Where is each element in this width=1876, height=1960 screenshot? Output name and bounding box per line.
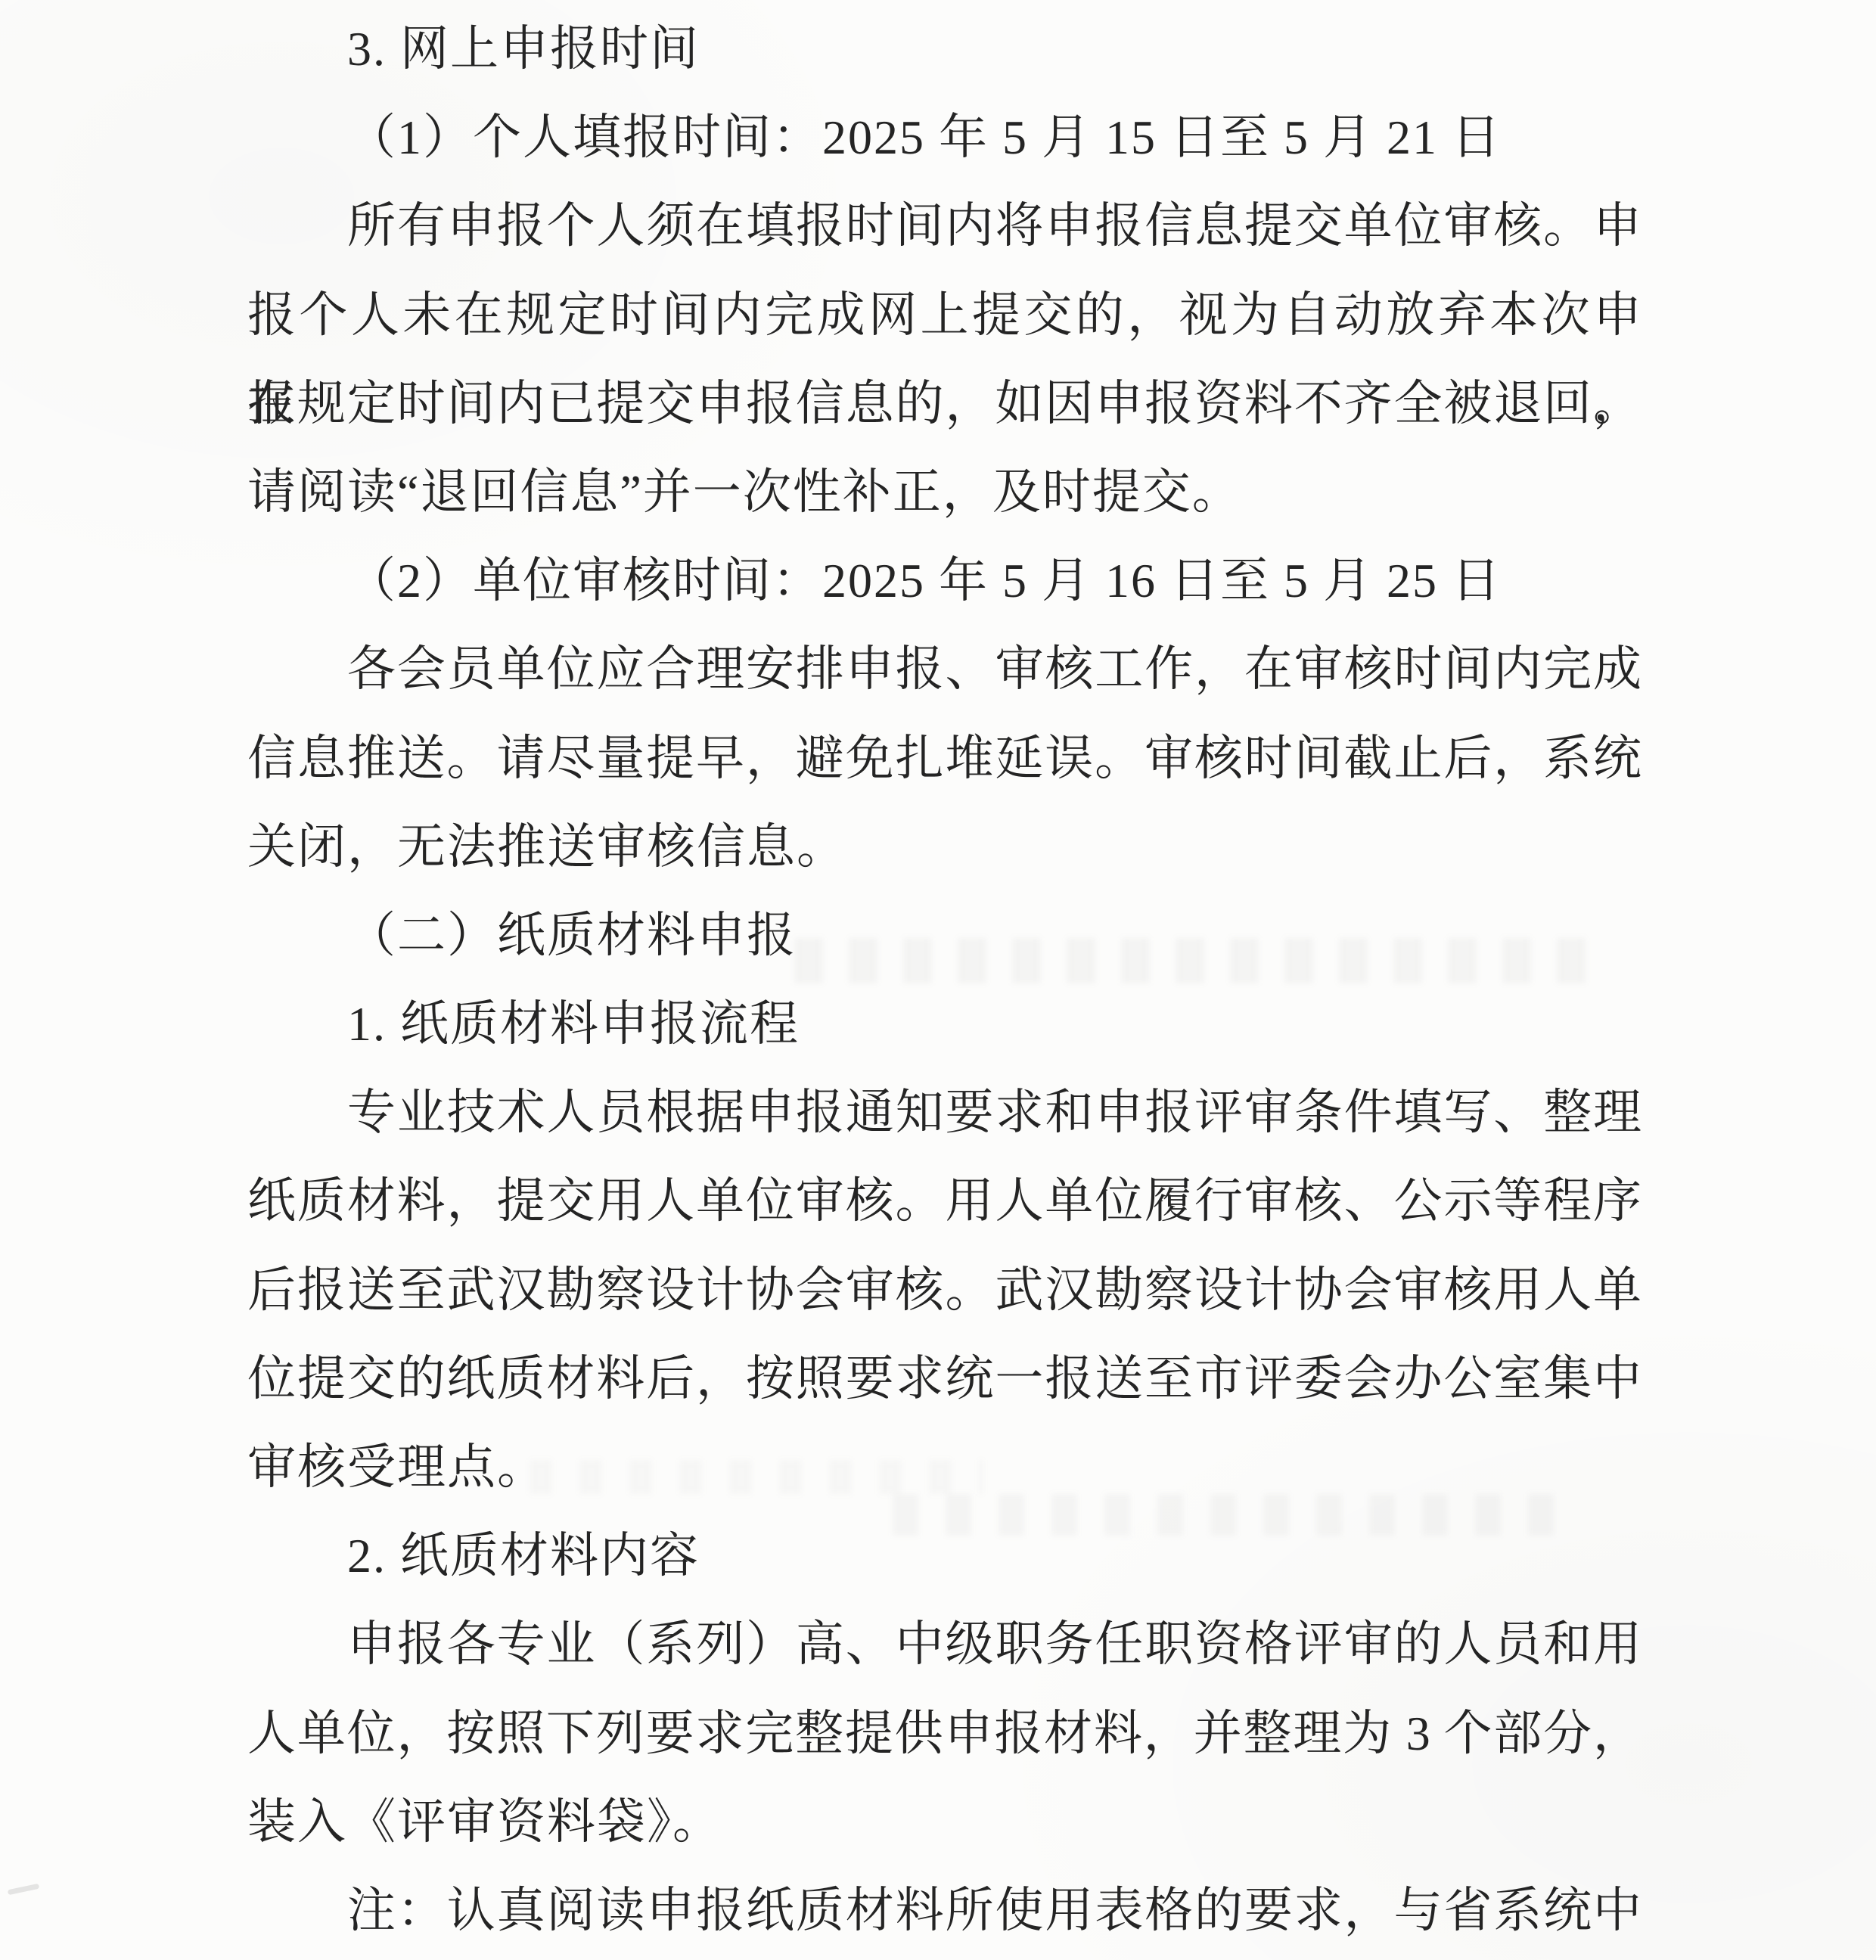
text-line: 位提交的纸质材料后，按照要求统一报送至市评委会办公室集中 (247, 1334, 1641, 1423)
heading-unit-review-time: （2）单位审核时间：2025 年 5 月 16 日至 5 月 25 日 (247, 536, 1641, 625)
text-line: 各会员单位应合理安排申报、审核工作，在审核时间内完成 (247, 625, 1641, 713)
text-line: 请阅读“退回信息”并一次性补正，及时提交。 (247, 448, 1641, 536)
heading-online-submission-time: 3. 网上申报时间 (247, 5, 1641, 93)
text-line: 信息推送。请尽量提早，避免扎堆延误。审核时间截止后，系统 (247, 714, 1641, 803)
document-text-block: 3. 网上申报时间 （1）个人填报时间：2025 年 5 月 15 日至 5 月… (247, 5, 1641, 1955)
scan-artifact (8, 1884, 40, 1896)
text-line: 报个人未在规定时间内完成网上提交的，视为自动放弃本次申报。 (247, 271, 1641, 359)
heading-paper-material-submission: （二）纸质材料申报 (247, 891, 1641, 980)
text-line: 审核受理点。 (247, 1423, 1641, 1511)
heading-paper-material-content: 2. 纸质材料内容 (247, 1511, 1641, 1600)
note-line: 注：认真阅读申报纸质材料所使用表格的要求，与省系统中 (247, 1866, 1641, 1955)
text-line: 人单位，按照下列要求完整提供申报材料，并整理为 3 个部分， (247, 1689, 1641, 1778)
text-line: 后报送至武汉勘察设计协会审核。武汉勘察设计协会审核用人单 (247, 1246, 1641, 1334)
text-line: 关闭，无法推送审核信息。 (247, 803, 1641, 891)
heading-individual-filling-time: （1）个人填报时间：2025 年 5 月 15 日至 5 月 21 日 (247, 93, 1641, 182)
text-line: 所有申报个人须在填报时间内将申报信息提交单位审核。申 (247, 182, 1641, 270)
text-line: 在规定时间内已提交申报信息的，如因申报资料不齐全被退回， (247, 359, 1641, 448)
text-line: 申报各专业（系列）高、中级职务任职资格评审的人员和用 (247, 1600, 1641, 1688)
document-page: 3. 网上申报时间 （1）个人填报时间：2025 年 5 月 15 日至 5 月… (0, 0, 1876, 1960)
text-line: 装入《评审资料袋》。 (247, 1778, 1641, 1866)
heading-paper-material-process: 1. 纸质材料申报流程 (247, 980, 1641, 1068)
text-line: 专业技术人员根据申报通知要求和申报评审条件填写、整理 (247, 1068, 1641, 1157)
text-line: 纸质材料，提交用人单位审核。用人单位履行审核、公示等程序 (247, 1157, 1641, 1245)
